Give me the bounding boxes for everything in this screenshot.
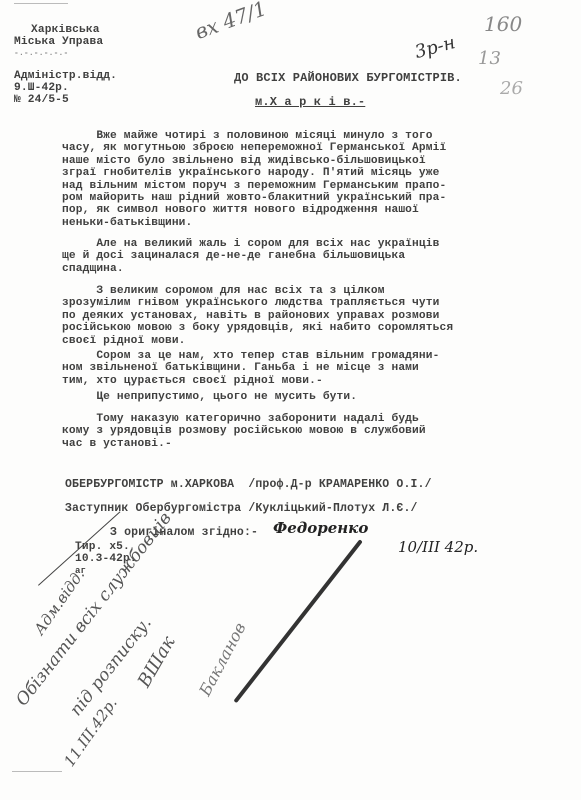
- body-line: Вже майже чотирі з половиною місяці мину…: [62, 130, 433, 142]
- archive-number-2: 13: [478, 48, 501, 69]
- body-line: спадщина.: [62, 263, 124, 275]
- body-line: З великим соромом для нас всіх та з цілк…: [62, 285, 385, 297]
- city-heading: м.Х а р к і в.-: [255, 96, 365, 108]
- body-line: неньки-батьківщини.: [62, 217, 192, 229]
- scanned-document-page: Харківська Міська Управа -.-.-.-.-.- Адм…: [0, 0, 581, 800]
- body-line: по деяких установах, навіть в районових …: [62, 310, 440, 322]
- body-line: ще й досі зациналася де-не-де ганебна бі…: [62, 250, 405, 262]
- handwritten-certification-date: 10/III 42р.: [398, 538, 478, 556]
- archive-number-1: 160: [484, 12, 522, 36]
- body-line: кому з урядовців розмову російською мово…: [62, 425, 426, 437]
- body-line: Сором за це нам, хто тепер став вільним …: [62, 350, 440, 362]
- pencil-stroke-mark: [233, 539, 362, 703]
- handwritten-signature: Бакланов: [195, 619, 249, 699]
- addressee-heading: ДО ВСІХ РАЙОНОВИХ БУРГОМІСТРІВ.: [234, 72, 462, 84]
- body-line: Але на великий жаль і сором для всіх нас…: [62, 238, 440, 250]
- body-line: часу, як могутньою зброєю непереможної Г…: [62, 142, 446, 154]
- letterhead-org-line2: Міська Управа: [14, 36, 103, 48]
- letterhead-date: 9.Ш-42р.: [14, 82, 69, 94]
- body-line: зрозумілим гнівом українського людства т…: [62, 297, 440, 309]
- body-line: пор, як символ нового життя нового відро…: [62, 204, 419, 216]
- body-line: ром майорить наш рідний жовто-блакитний …: [62, 192, 446, 204]
- top-edge-line: [14, 3, 68, 4]
- archive-number-3: 26: [500, 78, 523, 99]
- body-line: час в установі.-: [62, 438, 172, 450]
- body-line: тим, хто цурається своєї рідної мови.-: [62, 375, 323, 387]
- body-line: Це неприпустимо, цього не мусить бути.: [62, 391, 357, 403]
- certified-copy-line: З оригіналом згідно:-: [110, 527, 258, 539]
- body-line: ном звільненої батьківщини. Ганьба і не …: [62, 362, 419, 374]
- letterhead-number: № 24/5-5: [14, 94, 69, 106]
- archive-code-mark: 3р-н: [413, 32, 458, 63]
- letterhead-org-line1: Харківська: [31, 24, 100, 36]
- body-line: російською мовою з боку урядовців, які н…: [62, 322, 453, 334]
- bottom-edge-line: [12, 771, 62, 772]
- body-line: своєї рідної мови.: [62, 335, 186, 347]
- body-line: згрaї гнобителів українського народу. П'…: [62, 167, 440, 179]
- body-line: наше місто було звільнено від жидівсько-…: [62, 155, 426, 167]
- letterhead-department: Адміністр.відд.: [14, 70, 117, 82]
- letterhead-divider: -.-.-.-.-.-: [14, 48, 68, 60]
- body-line: над вільним містом поруч з переможним Ге…: [62, 180, 446, 192]
- body-line: Тому наказую категорично заборонити нада…: [62, 413, 419, 425]
- certified-copy-signature: Федоренко: [273, 519, 368, 537]
- signature-line-oberburgomaster: ОБЕРБУРГОМІСТР м.ХАРКОВА /проф.Д-р КРАМА…: [65, 479, 432, 491]
- handwritten-reference-mark: вх 47/1: [192, 0, 270, 44]
